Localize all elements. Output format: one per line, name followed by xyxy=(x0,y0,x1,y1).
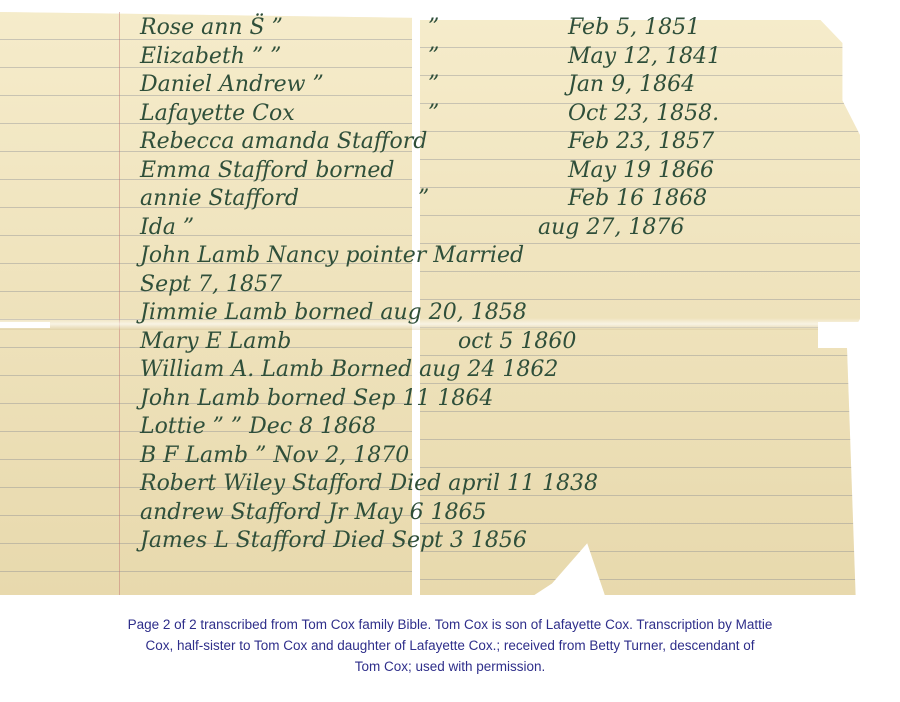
entry-name: B F Lamb ” Nov 2, 1870 xyxy=(140,442,409,471)
entry-row: Emma Stafford bornedMay 19 1866 xyxy=(128,157,828,186)
entry-row: John Lamb Nancy pointer Married xyxy=(128,242,828,271)
entry-name: Ida ” xyxy=(140,214,194,243)
caption-line-2: Cox, half-sister to Tom Cox and daughter… xyxy=(60,635,840,656)
entry-row: Ida ”aug 27, 1876 xyxy=(128,214,828,243)
entry-date: Feb 23, 1857 xyxy=(568,128,714,157)
bible-page-scan: Rose ann S̈ ””Feb 5, 1851 Elizabeth ” ””… xyxy=(0,0,900,600)
entry-name: andrew Stafford Jr May 6 1865 xyxy=(140,499,487,528)
entry-date: May 12, 1841 xyxy=(568,43,721,72)
paper-tear-left xyxy=(0,322,50,328)
entry-row: Lafayette Cox”Oct 23, 1858. xyxy=(128,100,828,129)
entry-name: Emma Stafford borned xyxy=(140,157,394,186)
entry-name: James L Stafford Died Sept 3 1856 xyxy=(140,527,527,556)
entry-name: John Lamb borned Sep 11 1864 xyxy=(140,385,493,414)
entry-row: James L Stafford Died Sept 3 1856 xyxy=(128,527,828,556)
entry-ditto: ” xyxy=(428,43,439,72)
entry-date: Oct 23, 1858. xyxy=(568,100,719,129)
entry-date: Jan 9, 1864 xyxy=(568,71,695,100)
entry-date: aug 27, 1876 xyxy=(538,214,684,243)
entry-date: Feb 5, 1851 xyxy=(568,14,700,43)
image-caption: Page 2 of 2 transcribed from Tom Cox fam… xyxy=(60,614,840,677)
entry-ditto: ” xyxy=(428,14,439,43)
entry-ditto: ” xyxy=(428,71,439,100)
entry-row: annie Stafford”Feb 16 1868 xyxy=(128,185,828,214)
entry-name: Daniel Andrew ” xyxy=(140,71,324,100)
caption-line-3: Tom Cox; used with permission. xyxy=(60,656,840,677)
entry-ditto: ” xyxy=(418,185,429,214)
entry-name: Lottie ” ” Dec 8 1868 xyxy=(140,413,376,442)
entry-row: Elizabeth ” ””May 12, 1841 xyxy=(128,43,828,72)
entry-row: Daniel Andrew ””Jan 9, 1864 xyxy=(128,71,828,100)
entry-row: B F Lamb ” Nov 2, 1870 xyxy=(128,442,828,471)
entry-name: annie Stafford xyxy=(140,185,299,214)
entry-row: John Lamb borned Sep 11 1864 xyxy=(128,385,828,414)
entry-row: Mary E Lamboct 5 1860 xyxy=(128,328,828,357)
entry-date: May 19 1866 xyxy=(568,157,714,186)
entry-name: Rebecca amanda Stafford xyxy=(140,128,427,157)
entry-date: oct 5 1860 xyxy=(458,328,576,357)
entry-name: Lafayette Cox xyxy=(140,100,295,129)
entry-name: William A. Lamb Borned aug 24 1862 xyxy=(140,356,558,385)
handwritten-entries: Rose ann S̈ ””Feb 5, 1851 Elizabeth ” ””… xyxy=(128,14,828,556)
entry-ditto: ” xyxy=(428,100,439,129)
paper-tear-right xyxy=(818,322,900,348)
entry-name: Sept 7, 1857 xyxy=(140,271,282,300)
entry-row: Lottie ” ” Dec 8 1868 xyxy=(128,413,828,442)
entry-name: Jimmie Lamb borned aug 20, 1858 xyxy=(140,299,527,328)
entry-name: John Lamb Nancy pointer Married xyxy=(140,242,524,271)
entry-row: Jimmie Lamb borned aug 20, 1858 xyxy=(128,299,828,328)
caption-line-1: Page 2 of 2 transcribed from Tom Cox fam… xyxy=(60,614,840,635)
entry-name: Robert Wiley Stafford Died april 11 1838 xyxy=(140,470,598,499)
entry-row: andrew Stafford Jr May 6 1865 xyxy=(128,499,828,528)
entry-row: William A. Lamb Borned aug 24 1862 xyxy=(128,356,828,385)
entry-name: Rose ann S̈ ” xyxy=(140,14,283,43)
entry-name: Elizabeth ” ” xyxy=(140,43,281,72)
entry-row: Sept 7, 1857 xyxy=(128,271,828,300)
entry-date: Feb 16 1868 xyxy=(568,185,707,214)
margin-rule xyxy=(119,12,120,595)
entry-row: Rose ann S̈ ””Feb 5, 1851 xyxy=(128,14,828,43)
entry-row: Rebecca amanda StaffordFeb 23, 1857 xyxy=(128,128,828,157)
entry-row: Robert Wiley Stafford Died april 11 1838 xyxy=(128,470,828,499)
entry-name: Mary E Lamb xyxy=(140,328,291,357)
